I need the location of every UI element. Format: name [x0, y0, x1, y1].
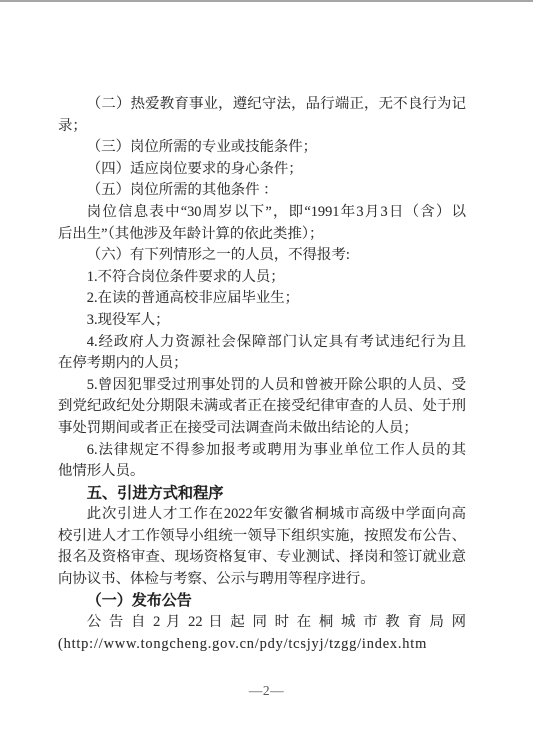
- text-line: 3.现役军人；: [58, 310, 466, 332]
- text-line: （三）岗位所需的专业或技能条件；: [58, 137, 466, 159]
- document-text: （二）热爱教育事业，遵纪守法，品行端正，无不良行为记录；（三）岗位所需的专业或技…: [58, 94, 466, 655]
- text-line: （六）有下列情形之一的人员，不得报考:: [58, 245, 466, 267]
- scan-edge-artifact: [0, 0, 533, 2]
- text-line: （二）热爱教育事业，遵纪守法，品行端正，无不良行为记: [58, 94, 466, 116]
- text-line: （四）适应岗位要求的身心条件；: [58, 159, 466, 181]
- document-page: （二）热爱教育事业，遵纪守法，品行端正，无不良行为记录；（三）岗位所需的专业或技…: [0, 0, 533, 755]
- text-line: 到党纪政纪处分期限未满或者正在接受纪律审查的人员、处于刑: [58, 396, 466, 418]
- text-line: 6.法律规定不得参加报考或聘用为事业单位工作人员的其: [58, 440, 466, 462]
- text-line: 后出生”（其他涉及年龄计算的依此类推）；: [58, 224, 466, 246]
- text-line: 他情形人员。: [58, 461, 466, 483]
- page-number: —2—: [0, 683, 533, 699]
- text-line: 校引进人才工作领导小组统一领导下组织实施，按照发布公告、: [58, 526, 466, 548]
- text-line: 事处罚期间或者正在接受司法调查尚未做出结论的人员；: [58, 418, 466, 440]
- text-line: 4.经政府人力资源社会保障部门认定具有考试违纪行为且: [58, 332, 466, 354]
- text-line: 向协议书、体检与考察、公示与聘用等程序进行。: [58, 569, 466, 591]
- url-text: (http://www.tongcheng.gov.cn/pdy/tcsjyj/…: [58, 634, 466, 656]
- text-line: 此次引进人才工作在2022年安徽省桐城市高级中学面向高: [58, 504, 466, 526]
- subsection-heading: （一）发布公告: [58, 591, 466, 613]
- text-line: 1.不符合岗位条件要求的人员；: [58, 267, 466, 289]
- text-line: 报名及资格审查、现场资格复审、专业测试、择岗和签订就业意: [58, 547, 466, 569]
- text-line: 公 告 自 2 月 22 日 起 同 时 在 桐 城 市 教 育 局 网: [58, 612, 466, 634]
- text-line: 2.在读的普通高校非应届毕业生；: [58, 288, 466, 310]
- text-line: （五）岗位所需的其他条件 ：: [58, 180, 466, 202]
- text-line: 在停考期内的人员；: [58, 353, 466, 375]
- text-line: 5.曾因犯罪受过刑事处罚的人员和曾被开除公职的人员、受: [58, 375, 466, 397]
- text-line: 录；: [58, 116, 466, 138]
- text-line: 岗位信息表中“30周岁以下”，即“1991年3月3日（含）以: [58, 202, 466, 224]
- section-heading: 五、引进方式和程序: [58, 483, 466, 505]
